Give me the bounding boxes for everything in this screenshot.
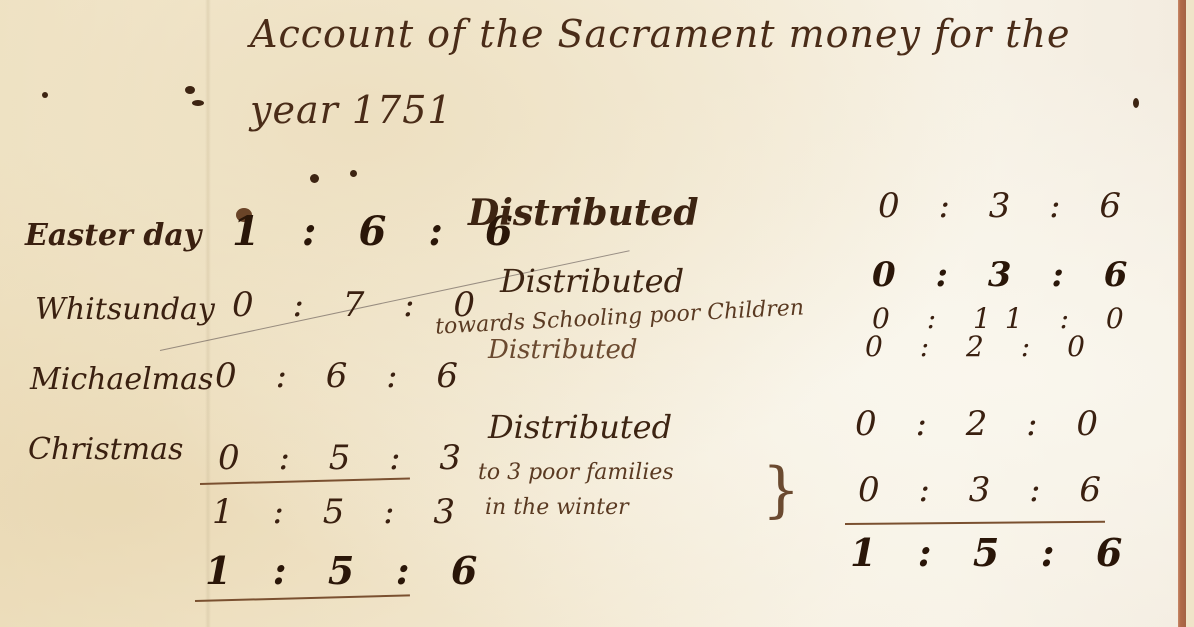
brace-mark: } — [762, 455, 800, 525]
distribution-description-line-1: to 3 poor families — [478, 460, 674, 485]
distribution-description-line-2: in the winter — [485, 495, 629, 520]
sum-rule — [845, 521, 1105, 525]
receipt-occasion: Christmas — [28, 432, 183, 467]
title-line-2: year 1751 — [250, 88, 453, 132]
ink-blot — [185, 86, 195, 94]
distribution-amount: 0 : 3 : 6 — [878, 186, 1135, 226]
receipts-total: 1 : 5 : 6 — [205, 548, 491, 593]
distribution-amount: 0 : 2 : 0 — [855, 404, 1112, 444]
distribution-amount: 0 : 3 : 6 — [858, 470, 1115, 510]
receipt-amount: 0 : 6 : 6 — [215, 356, 472, 396]
manuscript-page: Account of the Sacrament money for the y… — [0, 0, 1186, 627]
ink-blot — [1133, 98, 1139, 108]
total-rule — [195, 594, 410, 602]
ink-blot — [350, 170, 357, 177]
receipt-occasion: Easter day — [25, 218, 201, 253]
receipts-subtotal: 1 : 5 : 3 — [212, 492, 469, 532]
distribution-description: Distributed — [488, 335, 638, 365]
distribution-description: Distributed — [500, 262, 684, 300]
distribution-description: towards Schooling poor Children — [435, 295, 805, 339]
distributions-total: 1 : 5 : 6 — [850, 530, 1136, 575]
distribution-amount: 0 : 2 : 0 — [865, 330, 1099, 363]
ink-blot — [42, 92, 48, 98]
distribution-description: Distributed — [488, 408, 672, 446]
distribution-amount: 0 : 3 : 6 — [872, 255, 1141, 295]
title-line-1: Account of the Sacrament money for the — [250, 12, 1071, 56]
receipt-occasion: Michaelmas — [30, 362, 213, 397]
receipt-occasion: Whitsunday — [35, 292, 215, 327]
page-edge — [1178, 0, 1186, 627]
distribution-description: Distributed — [468, 192, 698, 234]
receipt-amount: 0 : 5 : 3 — [218, 438, 475, 478]
ink-blot — [192, 100, 204, 106]
sum-rule — [200, 478, 410, 485]
ink-blot — [310, 174, 319, 183]
